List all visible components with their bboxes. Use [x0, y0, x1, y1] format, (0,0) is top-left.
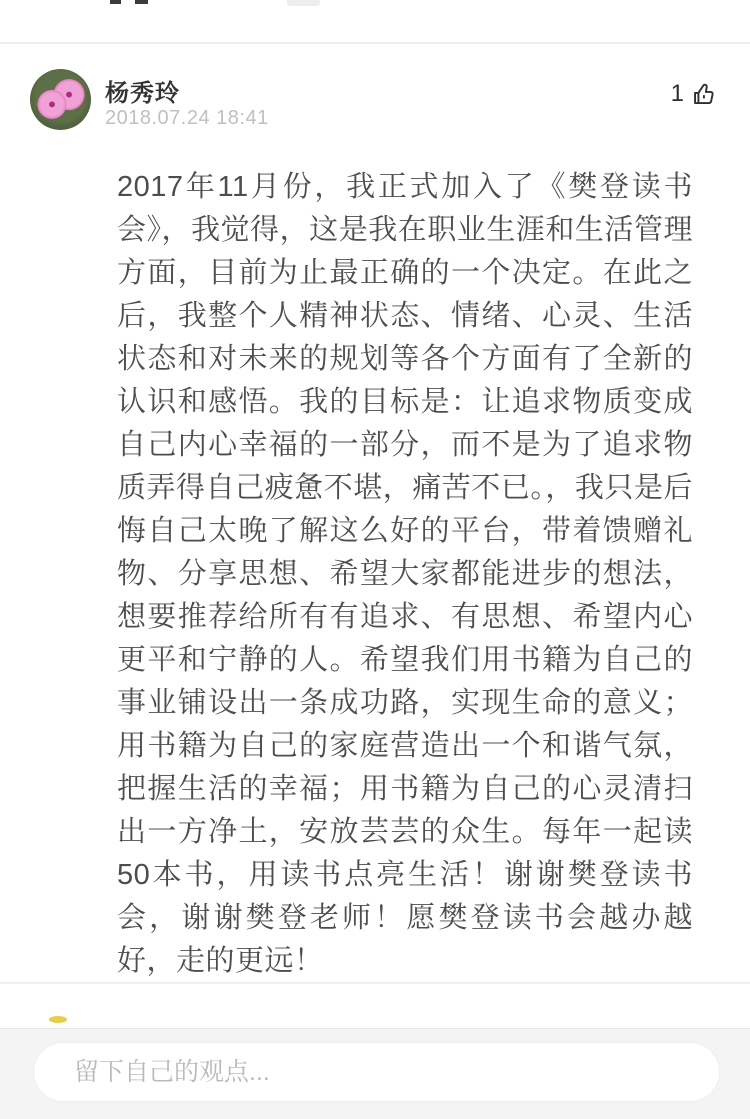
section-divider — [0, 42, 750, 44]
thumbs-up-icon — [691, 81, 718, 108]
comment-composer-bar — [0, 1028, 750, 1119]
section-divider — [0, 982, 750, 984]
avatar[interactable] — [30, 69, 91, 130]
comment-timestamp: 2018.07.24 18:41 — [105, 107, 269, 130]
comment-input[interactable] — [33, 1042, 720, 1102]
cutoff-text-remnant — [110, 0, 121, 4]
cutoff-box-remnant — [287, 0, 320, 6]
author-name: 杨秀玲 — [105, 73, 180, 108]
comment-body-text: 2017年11月份，我正式加入了《樊登读书会》，我觉得，这是我在职业生涯和生活管… — [117, 166, 693, 983]
cutoff-text-remnant — [135, 0, 148, 4]
like-count: 1 — [671, 80, 684, 108]
like-button[interactable]: 1 — [671, 80, 718, 108]
cutoff-yellow-icon — [49, 1016, 67, 1023]
